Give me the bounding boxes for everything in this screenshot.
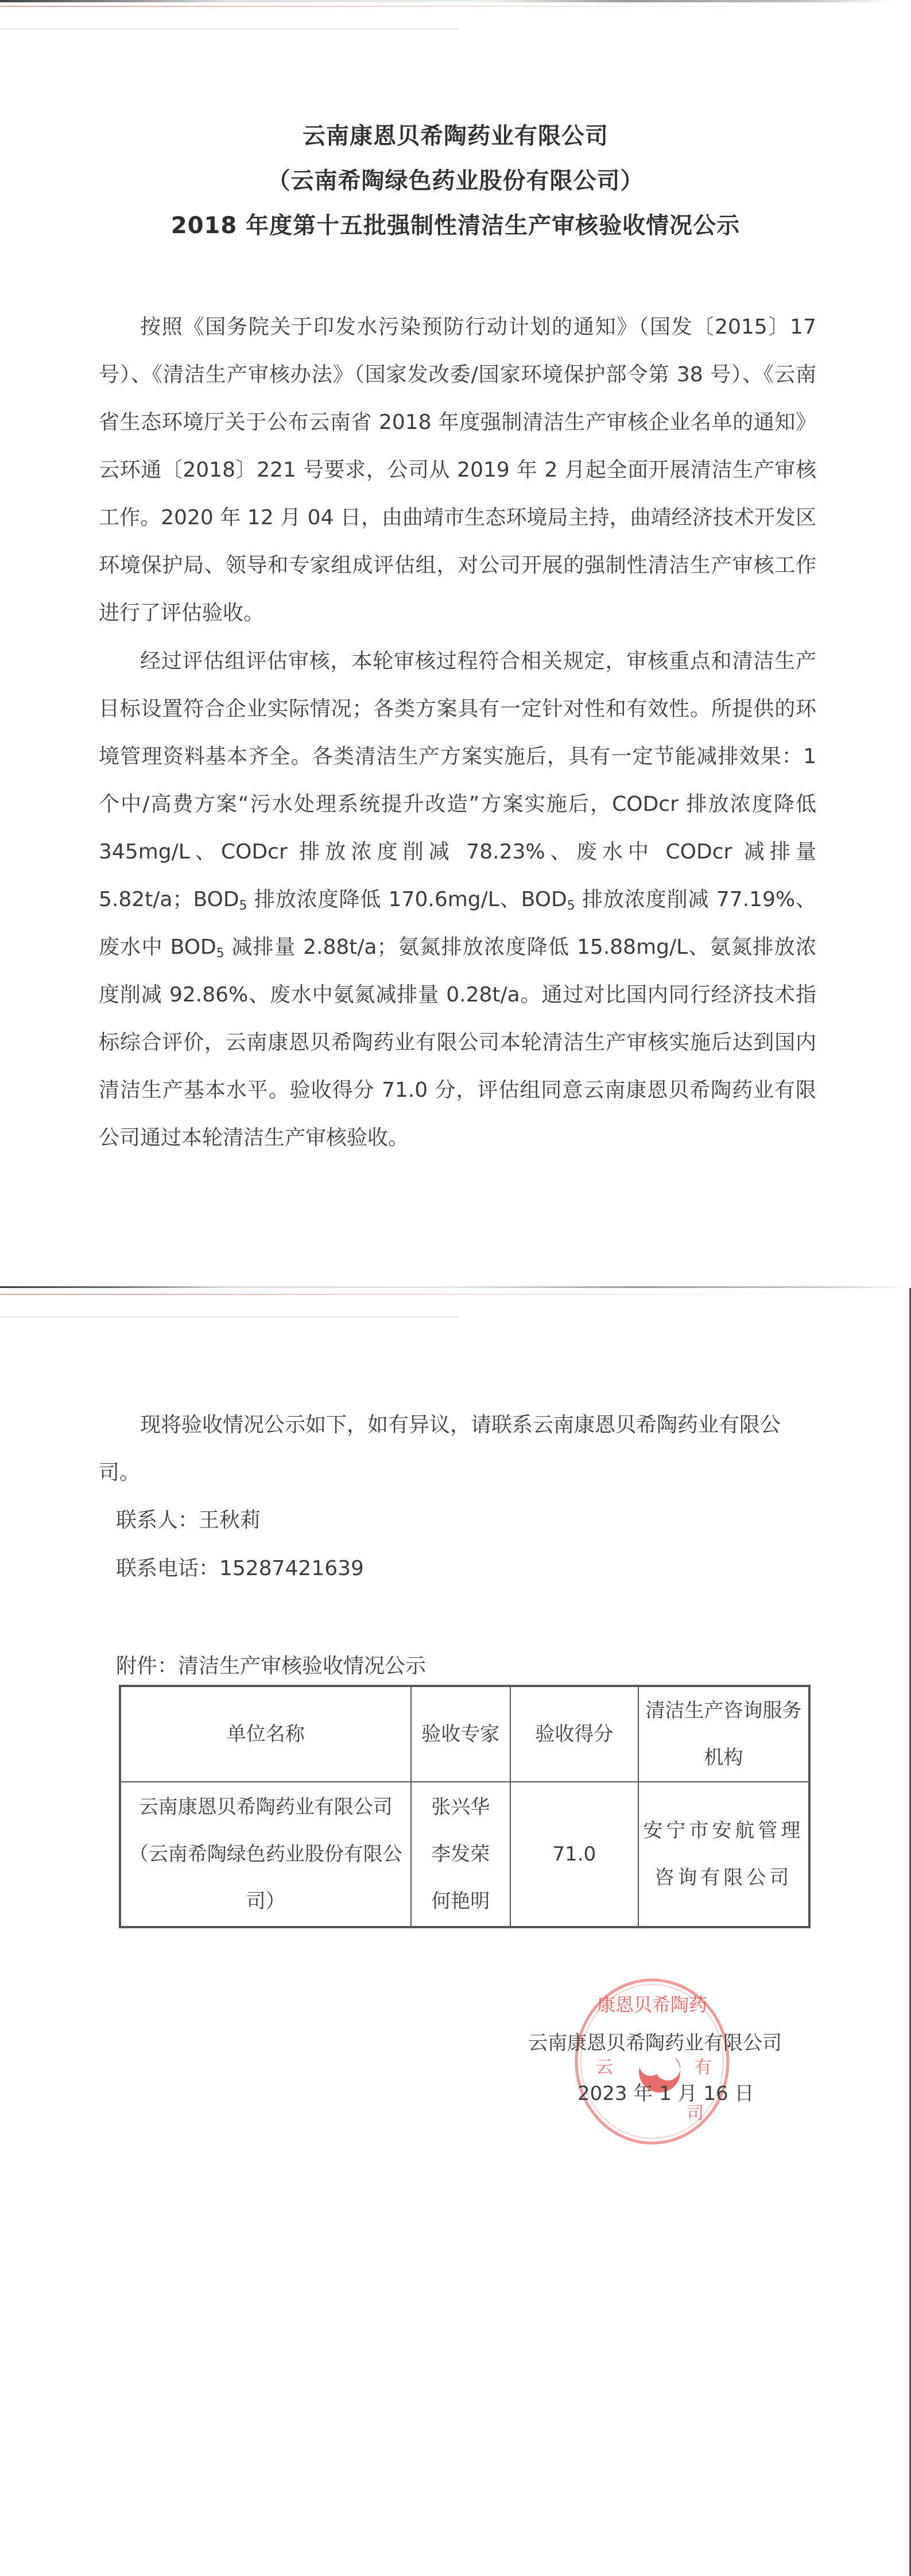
header-experts: 验收专家	[411, 1686, 510, 1782]
svg-text:康恩贝希陶药: 康恩贝希陶药	[597, 1994, 707, 2016]
expert-name: 何艳明	[414, 1878, 507, 1925]
acceptance-table: 单位名称 验收专家 验收得分 清洁生产咨询服务机构 云南康恩贝希陶药业有限公司（…	[119, 1685, 811, 1928]
table-header-row: 单位名称 验收专家 验收得分 清洁生产咨询服务机构	[120, 1686, 809, 1782]
scan-artifact	[0, 1294, 804, 1295]
header-score-label: 验收得分	[535, 1723, 613, 1746]
scan-artifact	[0, 1317, 459, 1317]
expert-name: 张兴华	[414, 1784, 507, 1831]
page-1: 云南康恩贝希陶药业有限公司 （云南希陶绿色药业股份有限公司） 2018 年度第十…	[0, 0, 911, 1286]
subscript: 5	[567, 899, 575, 913]
scan-artifact	[0, 6, 804, 7]
paragraph-background: 按照《国务院关于印发水污染预防行动计划的通知》（国发〔2015〕17 号）、《清…	[99, 303, 816, 637]
contact-person: 联系人：王秋莉	[116, 1496, 834, 1544]
signature-company: 云南康恩贝希陶药业有限公司	[528, 2027, 782, 2055]
scan-artifact	[0, 29, 459, 29]
cell-agency: 安宁市安航管理咨询有限公司	[638, 1782, 809, 1927]
scan-artifact	[0, 0, 896, 2]
company-seal-icon: 康恩贝希陶药 云 有 司	[572, 1975, 732, 2148]
cell-score: 71.0	[510, 1782, 638, 1927]
paragraph-text: 减排量 2.88t/a；氨氮排放浓度降低 15.88mg/L、氨氮排放浓度削减 …	[99, 935, 816, 1150]
paragraph-text: 经过评估组评估审核，本轮审核过程符合相关规定，审核重点和清洁生产目标设置符合企业…	[99, 649, 816, 911]
notice-paragraph: 现将验收情况公示如下，如有异议，请联系云南康恩贝希陶药业有限公司。	[99, 1401, 816, 1496]
header-score: 验收得分	[510, 1686, 638, 1782]
signature-date: 2023 年 1 月 16 日	[577, 2078, 754, 2106]
subscript: 5	[239, 899, 247, 913]
cell-unit-name: 云南康恩贝希陶药业有限公司（云南希陶绿色药业股份有限公司）	[120, 1782, 411, 1927]
header-agency-label: 清洁生产咨询服务机构	[645, 1699, 801, 1769]
company-name-title: 云南康恩贝希陶药业有限公司	[0, 118, 911, 150]
svg-text:司: 司	[687, 2103, 704, 2124]
cell-experts: 张兴华 李发荣 何艳明	[411, 1782, 510, 1927]
svg-text:有: 有	[695, 2057, 712, 2078]
paragraph-assessment: 经过评估组评估审核，本轮审核过程符合相关规定，审核重点和清洁生产目标设置符合企业…	[99, 637, 816, 1162]
table-row: 云南康恩贝希陶药业有限公司（云南希陶绿色药业股份有限公司） 张兴华 李发荣 何艳…	[120, 1782, 809, 1927]
header-unit-name: 单位名称	[120, 1686, 411, 1782]
subscript: 5	[216, 946, 224, 961]
paragraph-text: 排放浓度降低 170.6mg/L、BOD	[247, 888, 567, 911]
header-agency: 清洁生产咨询服务机构	[638, 1686, 809, 1782]
annex-title: 附件：清洁生产审核验收情况公示	[116, 1642, 834, 1690]
document-title: 2018 年度第十五批强制性清洁生产审核验收情况公示	[0, 207, 911, 240]
expert-name: 李发荣	[414, 1831, 507, 1878]
svg-text:云: 云	[596, 2057, 613, 2078]
contact-phone: 联系电话：15287421639	[116, 1545, 834, 1592]
company-alias-title: （云南希陶绿色药业股份有限公司）	[0, 163, 911, 195]
